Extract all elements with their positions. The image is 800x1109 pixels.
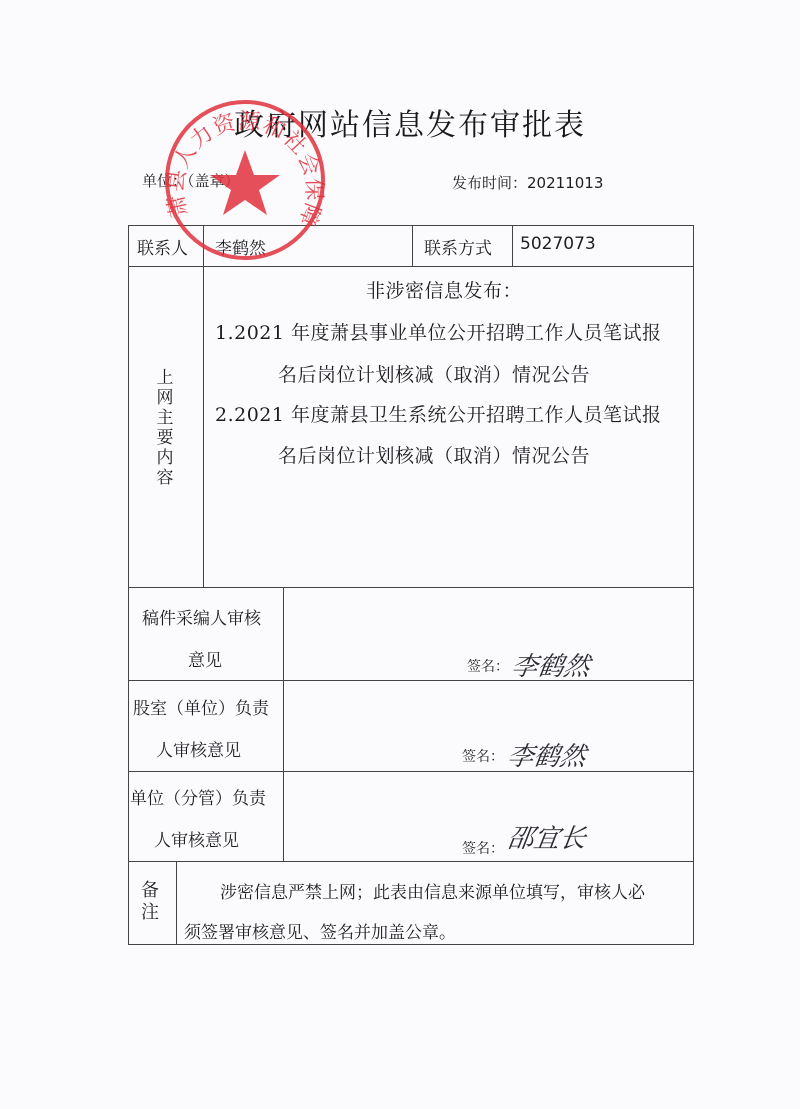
row-divider xyxy=(128,266,694,267)
publish-time-value: 20211013 xyxy=(527,174,603,192)
content-line: 名后岗位计划核减（取消）情况公告 xyxy=(278,441,590,468)
content-line: 1.2021 年度萧县事业单位公开招聘工作人员笔试报 xyxy=(215,318,662,345)
review-label-line2: 意见 xyxy=(188,646,222,671)
official-seal-icon: 萧县人力资源和社会保障局 xyxy=(160,95,330,265)
signature: 邵宜长 xyxy=(505,818,588,855)
notes-line2: 须签署审核意见、签名并加盖公章。 xyxy=(184,918,456,943)
col-divider xyxy=(512,225,513,266)
col-divider xyxy=(283,587,284,861)
row-divider xyxy=(128,861,694,862)
review-label-line1: 股室（单位）负责 xyxy=(133,694,269,719)
main-content-label: 上 网 主 要 内 容 xyxy=(155,368,175,488)
col-divider xyxy=(176,861,177,945)
content-line: 2.2021 年度萧县卫生系统公开招聘工作人员笔试报 xyxy=(215,400,662,427)
row-divider xyxy=(128,587,694,588)
review-label-line1: 稿件采编人审核 xyxy=(142,604,261,629)
col-divider xyxy=(203,225,204,587)
publish-time: 发布时间：20211013 xyxy=(452,172,603,193)
sign-label: 签名： xyxy=(467,656,509,676)
signature: 李鹤然 xyxy=(509,646,592,683)
sign-label: 签名： xyxy=(462,746,504,766)
notes-line1: 涉密信息严禁上网；此表由信息来源单位填写，审核人必 xyxy=(220,878,645,903)
row-divider xyxy=(128,771,694,772)
content-line: 名后岗位计划核减（取消）情况公告 xyxy=(278,360,590,387)
notes-label: 备 注 xyxy=(140,880,160,924)
contact-method-value: 5027073 xyxy=(520,234,596,254)
row-divider xyxy=(128,680,694,681)
review-label-line1: 单位（分管）负责 xyxy=(130,784,266,809)
signature: 李鹤然 xyxy=(505,736,588,773)
content-heading: 非涉密信息发布： xyxy=(366,276,522,303)
review-label-line2: 人审核意见 xyxy=(154,826,239,851)
form-title: 政府网站信息发布审批表 xyxy=(0,100,800,144)
review-label-line2: 人审核意见 xyxy=(156,736,241,761)
sign-label: 签名： xyxy=(462,838,504,858)
publish-time-label: 发布时间： xyxy=(452,174,527,192)
col-divider xyxy=(412,225,413,266)
contact-method-label: 联系方式 xyxy=(424,234,492,259)
